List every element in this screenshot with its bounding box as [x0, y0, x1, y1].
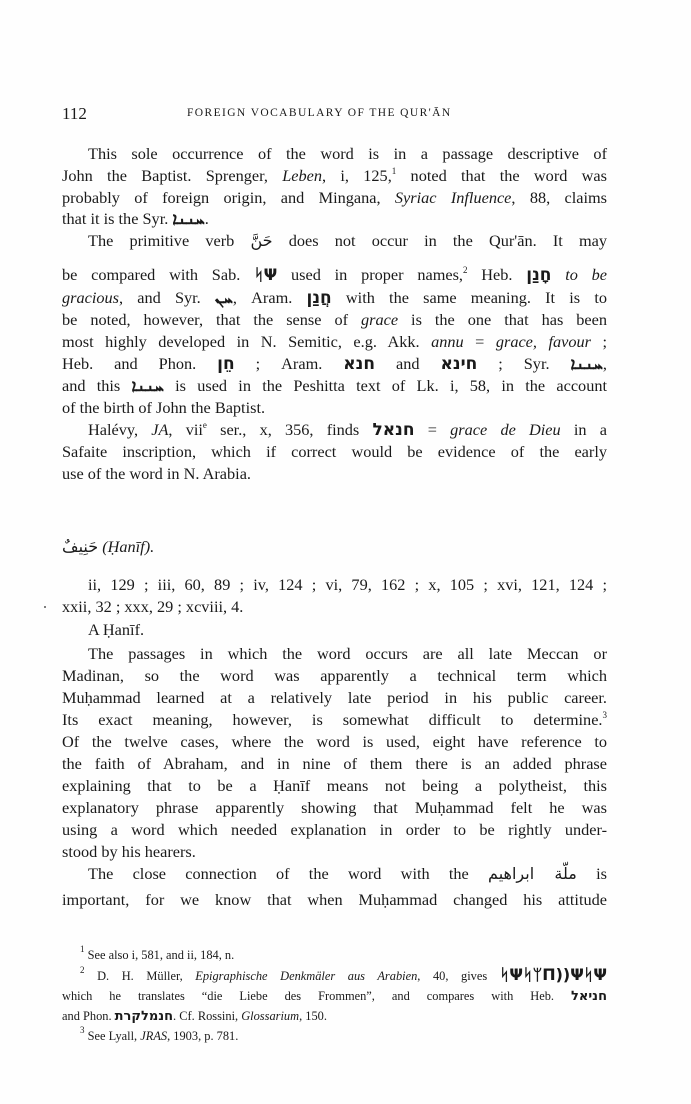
- page-header: 112 FOREIGN VOCABULARY OF THE QUR'ĀN: [62, 104, 607, 124]
- paragraph-1-line-1: This sole occurrence of the word is in a…: [88, 144, 607, 164]
- paragraph-5-line-1: The close connection of the word with th…: [88, 864, 607, 884]
- entry-heading: حَنِيفٌ (Ḥanīf).: [62, 537, 607, 557]
- paragraph-2-line-1: The primitive verb حَنَّ does not occur …: [88, 231, 607, 251]
- paragraph-2-line-4: be noted, however, that the sense of gra…: [62, 310, 607, 330]
- paragraph-1-line-4: that it is the Syr. ܚܢܢܐ.: [62, 209, 607, 229]
- paragraph-2-line-7: and this ܚܢܢܐ is used in the Peshitta te…: [62, 376, 607, 396]
- paragraph-4-line-6: the faith of Abraham, and in nine of the…: [62, 754, 607, 774]
- paragraph-4-line-5: Of the twelve cases, where the word is u…: [62, 732, 607, 752]
- paragraph-1-line-2: John the Baptist. Sprenger, Leben, i, 12…: [62, 166, 607, 186]
- paragraph-4-line-3: Muḥammad learned at a relatively late pe…: [62, 688, 607, 708]
- running-title: FOREIGN VOCABULARY OF THE QUR'ĀN: [187, 107, 452, 119]
- hebrew-word: חָנַן: [526, 265, 551, 285]
- footnote-ref-3[interactable]: 3: [603, 710, 608, 720]
- scan-speck: [44, 606, 46, 608]
- paragraph-4-line-8: explanatory phrase apparently showing th…: [62, 798, 607, 818]
- footnote-2-line-2: which he translates “die Liebe des Fromm…: [62, 988, 607, 1005]
- syriac-word: ܚܢ: [215, 288, 233, 307]
- footnote-2-line-1: 2 D. H. Müller, Epigraphische Denkmäler …: [80, 967, 607, 984]
- book-page: 112 FOREIGN VOCABULARY OF THE QUR'ĀN Thi…: [0, 0, 691, 1104]
- page-number: 112: [62, 104, 87, 124]
- footnote-2-line-3: and Phon. חנמלקרת. Cf. Rossini, Glossari…: [62, 1008, 607, 1025]
- sabaean-word: ᛋΨ: [254, 265, 277, 284]
- paragraph-3-line-1: Halévy, JA, viie ser., x, 356, finds חנא…: [88, 420, 607, 440]
- paragraph-2-line-6: Heb. and Phon. חֵן ; Aram. חנא and חינא …: [62, 354, 607, 374]
- entry-gloss: A Ḥanīf.: [88, 620, 607, 640]
- paragraph-4-line-9: using a word which needed explanation in…: [62, 820, 607, 840]
- arabic-phrase: ملّة ابراهيم: [488, 864, 577, 883]
- paragraph-5-line-2: important, for we know that when Muḥamma…: [62, 890, 607, 910]
- syriac-word: ܚܢܢܐ: [172, 209, 204, 228]
- entry-arabic: حَنِيفٌ: [62, 537, 98, 556]
- paragraph-3-line-3: use of the word in N. Arabia.: [62, 464, 607, 484]
- paragraph-4-line-1: The passages in which the word occurs ar…: [88, 644, 607, 664]
- paragraph-4-line-4: Its exact meaning, however, is somewhat …: [62, 710, 607, 730]
- aramaic-word: חֲנַן: [307, 288, 332, 308]
- paragraph-4-line-10: stood by his hearers.: [62, 842, 607, 862]
- footnote-1: 1 See also i, 581, and ii, 184, n.: [80, 947, 607, 963]
- paragraph-2-line-8: of the birth of John the Baptist.: [62, 398, 607, 418]
- paragraph-3-line-2: Safaite inscription, which if correct wo…: [62, 442, 607, 462]
- sabaean-inscription: ᛋΨᛋᛘΠ))ΨᛋΨ: [500, 965, 607, 984]
- footnote-3: 3 See Lyall, JRAS, 1903, p. 781.: [80, 1028, 607, 1044]
- entry-refs-line-1: ii, 129 ; iii, 60, 89 ; iv, 124 ; vi, 79…: [88, 575, 607, 595]
- paragraph-4-line-7: explaining that to be a Ḥanīf means not …: [62, 776, 607, 796]
- paragraph-4-line-2: Madinan, so the word was apparently a te…: [62, 666, 607, 686]
- paragraph-2-line-3: gracious, and Syr. ܚܢ, Aram. חֲנַן with …: [62, 288, 607, 308]
- entry-refs-line-2: xxii, 32 ; xxx, 29 ; xcviii, 4.: [62, 597, 607, 617]
- paragraph-2-line-2: be compared with Sab. ᛋΨ used in proper …: [62, 265, 607, 285]
- paragraph-2-line-5: most highly developed in N. Semitic, e.g…: [62, 332, 607, 352]
- paragraph-1-line-3: probably of foreign origin, and Mingana,…: [62, 188, 607, 208]
- entry-transliteration: (Ḥanīf).: [102, 537, 154, 556]
- arabic-word: حَنَّ: [250, 231, 272, 250]
